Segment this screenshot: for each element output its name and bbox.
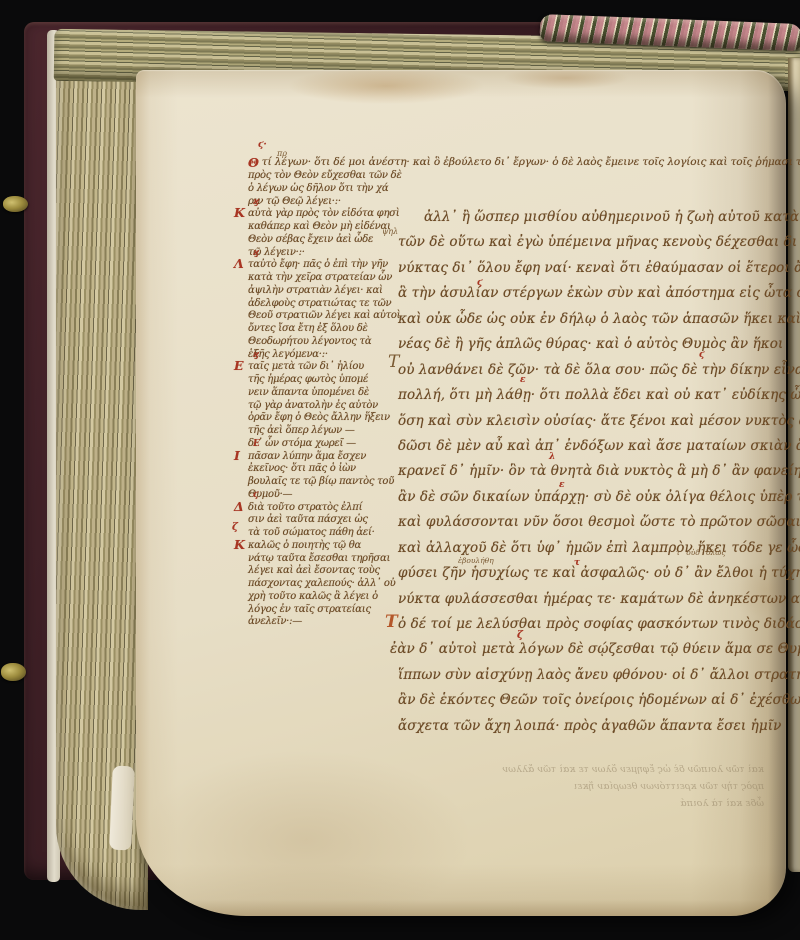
text-line: καὶ ἀλλαχοῦ δὲ ὅτι ὑφ᾽ ἡμῶν ἐπὶ λαμπρὸν … — [398, 536, 790, 561]
rubric-letter: ϛ — [477, 278, 482, 288]
scholion-text: πρὸς τὸν Θεὸν εὔχεσθαι τῶν δὲ — [248, 170, 402, 183]
scholion-text: καλῶς ὁ ποιητὴς τῷ θα — [248, 540, 361, 553]
text-line: οὐ λανθάνει δὲ ζῶν· τὰ δὲ ὅλα σου· πῶς δ… — [398, 358, 790, 383]
scholion-text: ὄντες ἴσα ἔτη ἐξ ὅλου δὲ — [248, 323, 368, 336]
text-line: φύσει ζῆν ἡσυχίως τε καὶ ἀσφαλῶς· οὐ δ᾽ … — [398, 561, 790, 586]
rubric-end-mark: ϗ — [253, 349, 259, 362]
scholion-text: νειν ἅπαντα ὑπομένει δὲ — [248, 387, 369, 400]
scholion-text: σιν ἀεὶ ταῦτα πάσχει ὡς — [248, 514, 368, 527]
rubric-letter: λ — [549, 452, 555, 462]
interlinear-note: ἐβουλήθη — [458, 556, 494, 565]
rubric-initial: Ε — [234, 360, 243, 373]
scholion-text: τῆς ἡμέρας φωτὸς ὑπομέ — [248, 374, 368, 387]
scholion-text: ἀδελφοὺς στρατιώτας τε τῶν — [248, 298, 391, 311]
showthrough-text: καὶ τῶν λοιπῶν δὲ ὡς ἔφημεν ὅλων τε καὶ … — [424, 762, 764, 813]
rubric-letter: ζ — [517, 630, 523, 641]
header-text-line: Θτί λέγων· ὅτι δέ μοι ἀνέστη· καὶ ὃ ἐβού… — [248, 156, 788, 170]
text-line: ὁ δέ τοί με λελύσθαι πρὸς σοφίας φασκόντ… — [398, 612, 790, 637]
rubric-end-mark: ϛ — [253, 489, 258, 502]
text-line: νύκτας δι᾽ ὅλου ἔφη ναί· κεναὶ ὅτι ἐθαύμ… — [398, 256, 790, 281]
scholion-text: ἐκεῖνος· ὅτι πᾶς ὁ ἰὼν — [248, 463, 356, 476]
scholion-text: Θεοδωρήτου λέγοντος τὰ — [248, 336, 371, 349]
scholion-text: τὰ τοῦ σώματος πάθη ἀεί· — [248, 527, 375, 540]
text-line: ἂν δὲ σῶν δικαίων ὑπάρχῃ· σὺ δὲ οὐκ ὀλίγ… — [398, 485, 790, 510]
scholion-text: ὁρᾶν ἔφη ὁ Θεὸς ἄλλην ἥξειν — [248, 412, 390, 425]
rubric-initial: Δ — [234, 501, 243, 514]
rubric-initial: Λ — [234, 258, 243, 271]
text-line: ἐὰν δ᾽ αὐτοὶ μετὰ λόγων δὲ σῴζεσθαι τῷ θ… — [390, 637, 790, 662]
rubric-letter: ε — [559, 480, 564, 490]
rubric-end-mark: ϗ — [253, 247, 259, 260]
scholion-text: ἀψιλὴν στρατιὰν λέγει· καὶ — [248, 285, 383, 298]
rubric-end-mark: Ε — [253, 438, 260, 451]
rubric-initial: Θ — [248, 156, 259, 169]
scholion-text: δι᾽ ὧν στόμα χωρεῖ — — [248, 438, 356, 451]
paragraphos-mark: Τ — [388, 352, 399, 372]
scholion-text: πᾶσαν λύπην ἅμα ἔσχεν — [248, 451, 366, 464]
rubric-letter: ζ — [232, 522, 238, 533]
text-line: κρανεῖ δ᾽ ἡμῖν· ὃν τὰ θνητὰ διὰ νυκτὸς ἃ… — [398, 459, 790, 484]
manuscript-page: Θτί λέγων· ὅτι δέ μοι ἀνέστη· καὶ ὃ ἐβού… — [136, 70, 786, 916]
scholion-text: κατὰ τὴν χεῖρα στρατείαν ὧν — [248, 272, 392, 285]
text-line: ὅση καὶ σὺν κλεισὶν οὐσίας· ἅτε ξένοι κα… — [398, 409, 790, 434]
scholion-text: διὰ τοῦτο στρατὸς ἐλπί — [248, 502, 362, 515]
rubric-letter: ε — [520, 375, 525, 385]
text-line: καὶ οὐκ ὧδε ὡς οὐκ ἐν δήλῳ ὁ λαὸς τῶν ἁπ… — [398, 307, 790, 332]
rubric-initial: Ι — [234, 450, 240, 463]
scholion-text: καθάπερ καὶ Θεὸν μὴ εἰδέναι — [248, 221, 391, 234]
paragraphos-mark: Τ — [385, 612, 398, 632]
scholion-text: ριν τῷ Θεῷ λέγει·:· — [248, 196, 341, 209]
rubric-letter: τ — [574, 558, 580, 568]
underpage-edge — [109, 766, 135, 851]
text-line: ἀλλ᾽ ἢ ὥσπερ μισθίου αὐθημερινοῦ ἡ ζωὴ α… — [424, 205, 790, 230]
text-line: νέας δὲ ἢ γῆς ἁπλῶς θύρας· καὶ ὁ αὐτὸς Θ… — [398, 332, 790, 357]
text-line: νύκτα φυλάσσεσθαι ἡμέρας τε· καμάτων δὲ … — [398, 587, 790, 612]
scholion-text: τῷ γὰρ ἀνατολὴν ἐς αὐτὸν — [248, 400, 378, 413]
text-line: ἃ τὴν ἀσυλίαν στέργων ἑκὼν σὺν καὶ ἀπόστ… — [398, 281, 790, 306]
clasp-pin-top — [3, 196, 28, 212]
main-text-column: ἀλλ᾽ ἢ ὥσπερ μισθίου αὐθημερινοῦ ἡ ζωὴ α… — [398, 205, 790, 739]
header-text: τί λέγων· ὅτι δέ μοι ἀνέστη· καὶ ὃ ἐβούλ… — [262, 156, 800, 169]
abbrev-note: πρ — [277, 149, 287, 158]
scholion-text: Θεοῦ στρατιῶν λέγει καὶ αὐτοὶ — [248, 310, 400, 323]
quire-mark: ϛ· — [258, 140, 267, 150]
scholion-text: τῆς ἀεὶ ὅπερ λέγων — — [248, 425, 355, 438]
text-line: ἂν δὲ ἑκόντες Θεῶν τοῖς ὀνείροις ἡδομένω… — [398, 688, 790, 713]
scholion-text: πάσχοντας χαλεπούς· ἀλλ᾽ οὐ — [248, 578, 395, 591]
rubric-initial: Κ — [234, 539, 245, 552]
scholion-line: ὁ λέγων ὡς δῆλον ὅτι τὴν χά — [248, 183, 434, 196]
text-line: ἵππων σὺν αἰσχύνῃ λαὸς ἄνευ φθόνου· οἱ δ… — [398, 663, 790, 688]
text-line: καὶ φυλάσσονται νῦν ὅσοι θεσμοὶ ὥστε τὸ … — [398, 510, 790, 535]
rubric-letter: ϛ — [699, 350, 704, 360]
scholion-text: λέγει καὶ ἀεὶ ἔσοντας τοὺς — [248, 565, 380, 578]
showthrough-line: πρὸς τὴν τῶν κρειττόνων θεωρίαν ἥκει — [424, 779, 764, 796]
text-line: ἄσχετα τῶν ἄχη λοιπά· πρὸς ἀγαθῶν ἅπαντα… — [398, 714, 790, 739]
manuscript-photo: Θτί λέγων· ὅτι δέ μοι ἀνέστη· καὶ ὃ ἐβού… — [0, 0, 800, 940]
showthrough-line: ὧδε καὶ τὰ λοιπά — [424, 796, 764, 813]
text-line: δῶσι δὲ μὲν αὖ καὶ ἀπ᾽ ἐνδόξων καὶ ἄσε μ… — [398, 434, 790, 459]
text-line: πολλή, ὅτι μὴ λάθῃ· ὅτι πολλὰ ἔδει καὶ ο… — [398, 383, 790, 408]
interlinear-note: ψηλ — [382, 227, 398, 236]
text-line: τῶν δὲ οὕτω καὶ ἐγὼ ὑπέμεινα μῆνας κενοὺ… — [398, 230, 790, 255]
rubric-initial: Κ — [234, 207, 245, 220]
scholion-text: χρὴ τοῦτο καλῶς ἃ λέγει ὁ — [248, 591, 378, 604]
scholion-text: ἑξῆς λεγόμενα·:· — [248, 349, 328, 362]
interlinear-note: τ᾽ οὐδ᾽ ὅλως — [676, 548, 726, 557]
scholion-text: αὐτὰ γὰρ πρὸς τὸν εἰδότα φησὶ — [248, 208, 399, 221]
scholion-text: ταῖς μετὰ τῶν δι᾽ ἡλίου — [248, 361, 364, 374]
scholion-text: Θεὸν σέβας ἔχειν ἀεὶ ὧδε — [248, 234, 373, 247]
showthrough-line: καὶ τῶν λοιπῶν δὲ ὡς ἔφημεν ὅλων τε καὶ … — [424, 762, 764, 779]
scholion-text: ἀνελεῖν·:— — [248, 616, 302, 629]
scholion-text: βουλαῖς τε τῷ βίῳ παντὸς τοῦ — [248, 476, 394, 489]
clasp-pin-bottom — [1, 663, 26, 681]
scholion-text: νάτῳ ταῦτα ἔσεσθαι τηρῆσαι — [248, 553, 390, 566]
scholion-line: πρὸς τὸν Θεὸν εὔχεσθαι τῶν δὲ — [248, 170, 434, 183]
scholion-text: ὁ λέγων ὡς δῆλον ὅτι τὴν χά — [248, 183, 388, 196]
scholion-text: ταὐτὸ ἔφη· πᾶς ὁ ἐπὶ τὴν γῆν — [248, 259, 388, 272]
rubric-end-mark: ϗ — [253, 196, 259, 209]
scholion-text: λόγος ἐν ταῖς στρατείαις — [248, 604, 371, 617]
